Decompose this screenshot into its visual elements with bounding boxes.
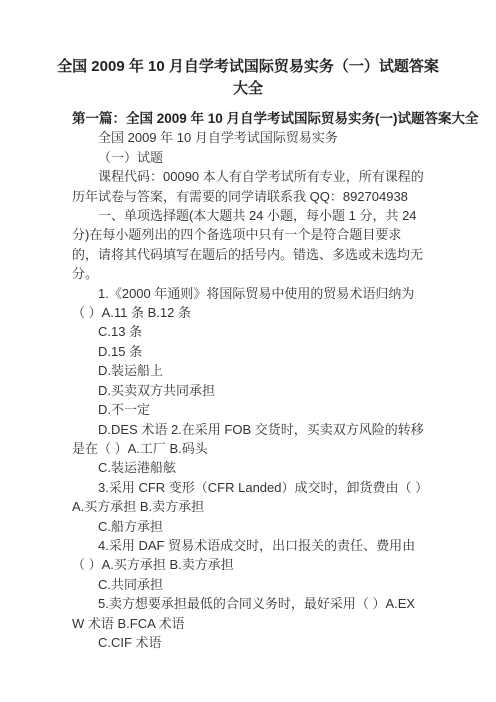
paragraph: D.DES 术语 2.在采用 FOB 交货时，买卖双方风险的转移是在（ ）A.工… [72, 420, 424, 459]
paragraph: D.买卖双方共同承担 [72, 381, 424, 400]
document-title: 全国 2009 年 10 月自学考试国际贸易实务（一）试题答案大全 [55, 56, 441, 100]
paragraph: C.共同承担 [72, 575, 424, 594]
paragraph-list: 全国 2009 年 10 月自学考试国际贸易实务（一）试题课程代码：00090 … [72, 128, 424, 652]
document: 全国 2009 年 10 月自学考试国际贸易实务（一）试题答案大全 第一篇：全国… [72, 0, 424, 652]
section-heading: 第一篇：全国 2009 年 10 月自学考试国际贸易实务(一)试题答案大全 [72, 109, 424, 128]
page: { "page": { "background_color": "#ffffff… [0, 0, 496, 702]
paragraph: 一、单项选择题(本大题共 24 小题，每小题 1 分，共 24 分)在每小题列出… [72, 206, 424, 284]
paragraph: D.不一定 [72, 400, 424, 419]
paragraph: 课程代码：00090 本人有自学考试所有专业，所有课程的历年试卷与答案，有需要的… [72, 167, 424, 206]
paragraph: 1.《2000 年通则》将国际贸易中使用的贸易术语归纳为（ ）A.11 条 B.… [72, 284, 424, 323]
paragraph: 4.采用 DAF 贸易术语成交时，出口报关的责任、费用由（ ）A.买方承担 B.… [72, 536, 424, 575]
paragraph: D.装运船上 [72, 361, 424, 380]
paragraph: 5.卖方想要承担最低的合同义务时，最好采用（ ）A.EXW 术语 B.FCA 术… [72, 594, 424, 633]
paragraph: C.船方承担 [72, 517, 424, 536]
paragraph: C.13 条 [72, 322, 424, 341]
paragraph: （一）试题 [72, 148, 424, 167]
paragraph: C.装运港船舷 [72, 458, 424, 477]
paragraph: C.CIF 术语 [72, 633, 424, 652]
paragraph: 全国 2009 年 10 月自学考试国际贸易实务 [72, 128, 424, 147]
paragraph: 3.采用 CFR 变形（CFR Landed）成交时，卸货费由（ ）A.买方承担… [72, 478, 424, 517]
paragraph: D.15 条 [72, 342, 424, 361]
